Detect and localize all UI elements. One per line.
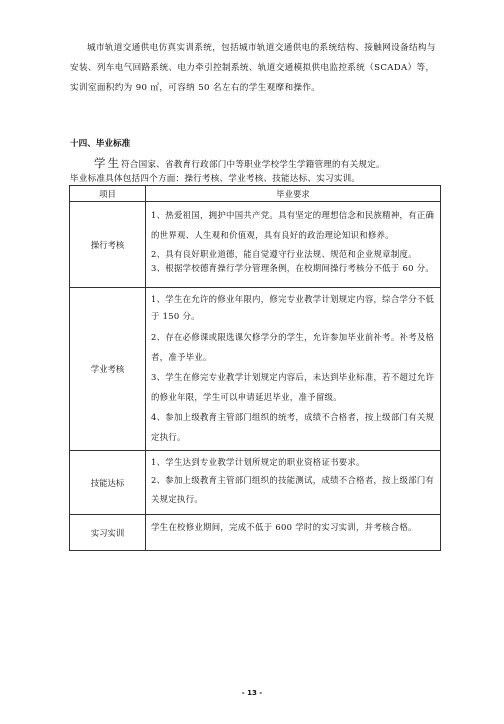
intro-rest: 符合国家、省教育行政部门中等职业学校学生学籍管理的有关规定。 [121,160,385,170]
section-intro-line1: 学生符合国家、省教育行政部门中等职业学校学生学籍管理的有关规定。 [70,155,385,171]
requirement: 1、学生在允许的修业年限内，修完专业教学计划规定内容，综合学分不低于 150 分… [151,291,436,325]
header-item: 项目 [70,186,146,202]
page-number: - 13 - [0,689,504,697]
table-row: 技能达标 1、学生达到专业教学计划所规定的职业资格证书要求。 2、参加上级教育主… [70,451,441,515]
table-row: 学业考核 1、学生在允许的修业年限内，修完专业教学计划规定内容，综合学分不低于 … [70,288,441,451]
requirement: 1、热爱祖国，拥护中国共产党。具有坚定的理想信念和民族精神，有正确的世界观、人生… [151,205,436,245]
intro-paragraph: 城市轨道交通供电仿真实训系统，包括城市轨道交通供电的系统结构、接触网设备结构与安… [70,38,442,98]
row-requirements: 1、热爱祖国，拥护中国共产党。具有坚定的理想信念和民族精神，有正确的世界观、人生… [146,202,441,288]
table-row: 实习实训 学生在校修业期间，完成不低于 600 学时的实习实训，并考核合格。 [70,515,441,551]
row-item: 实习实训 [70,515,146,551]
row-item: 技能达标 [70,451,146,515]
requirement: 1、学生达到专业教学计划所规定的职业资格证书要求。 [151,454,436,471]
header-requirements: 毕业要求 [146,186,441,202]
graduation-requirements-table: 项目 毕业要求 操行考核 1、热爱祖国，拥护中国共产党。具有坚定的理想信念和民族… [69,185,441,551]
row-item: 学业考核 [70,288,146,451]
requirement: 2、参加上级教育主管部门组织的技能测试，成绩不合格者，按上级部门有关规定执行。 [151,471,436,509]
row-item: 操行考核 [70,202,146,288]
table-header-row: 项目 毕业要求 [70,186,441,202]
intro-lead: 学生 [94,156,121,170]
row-requirements: 1、学生在允许的修业年限内，修完专业教学计划规定内容，综合学分不低于 150 分… [146,288,441,451]
requirement: 3、根据学校德育操行学分管理条例，在校期间操行考核分不低于 60 分。 [151,261,436,275]
requirement: 2、存在必修课或限选课欠修学分的学生，允许参加毕业前补考。补考及格者，准予毕业。 [151,327,436,367]
requirement: 学生在校修业期间，完成不低于 600 学时的实习实训，并考核合格。 [151,520,436,534]
requirement: 4、参加上级教育主管部门组织的统考，成绩不合格者，按上级部门有关规定执行。 [151,407,436,447]
row-requirements: 学生在校修业期间，完成不低于 600 学时的实习实训，并考核合格。 [146,515,441,551]
section-intro-line2: 毕业标准具体包括四个方面：操行考核、学业考核、技能达标、实习实训。 [70,172,360,184]
table-row: 操行考核 1、热爱祖国，拥护中国共产党。具有坚定的理想信念和民族精神，有正确的世… [70,202,441,288]
row-requirements: 1、学生达到专业教学计划所规定的职业资格证书要求。 2、参加上级教育主管部门组织… [146,451,441,515]
section-title: 十四、毕业标准 [70,137,130,149]
requirement: 2、具有良好职业道德，能自觉遵守行业法规、规范和企业规章制度。 [151,247,436,261]
requirement: 3、学生在修完专业教学计划规定内容后，未达到毕业标准，若不超过允许的修业年限，学… [151,367,436,407]
